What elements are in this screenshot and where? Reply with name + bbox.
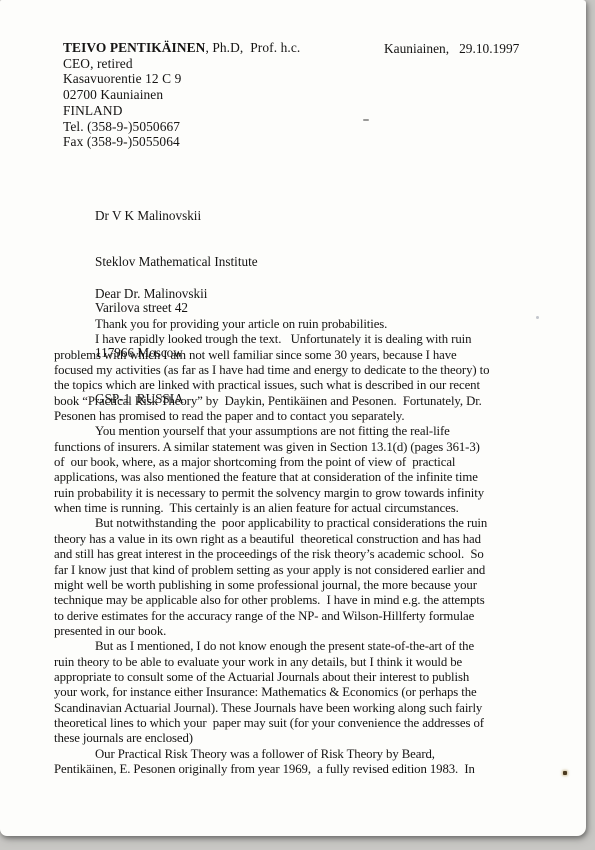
letter-body: Thank you for providing your article on … — [54, 317, 578, 777]
paragraph-thanks: Thank you for providing your article on … — [54, 317, 578, 332]
paragraph-journals-advice: But as I mentioned, I do not know enough… — [54, 639, 578, 746]
sender-titles: , Ph.D, Prof. h.c. — [205, 40, 300, 55]
scan-artifact-dark-speck — [563, 771, 567, 775]
scan-artifact-dash — [363, 119, 369, 121]
paragraph-ruin-theory-value: But notwithstanding the poor applicabili… — [54, 516, 578, 639]
scan-artifact-faint-dot — [536, 316, 539, 319]
sender-country: FINLAND — [63, 103, 300, 119]
paragraph-book-history: Our Practical Risk Theory was a follower… — [54, 747, 578, 778]
salutation: Dear Dr. Malinovskii — [95, 286, 207, 302]
recipient-institute: Steklov Mathematical Institute — [95, 254, 258, 269]
sender-role: CEO, retired — [63, 56, 300, 72]
letter-page: TEIVO PENTIKÄINEN, Ph.D, Prof. h.c. CEO,… — [0, 0, 586, 836]
sender-city: 02700 Kauniainen — [63, 87, 300, 103]
sender-fax: Fax (358-9-)5055064 — [63, 134, 300, 150]
sender-name: TEIVO PENTIKÄINEN — [63, 40, 205, 55]
paragraph-first-impression: I have rapidly looked trough the text. U… — [54, 332, 578, 424]
sender-phone: Tel. (358-9-)5050667 — [63, 119, 300, 135]
scanned-letter-screenshot: { "colors": { "paper": "#fdfdfb", "surro… — [0, 0, 595, 850]
paragraph-assumptions: You mention yourself that your assumptio… — [54, 424, 578, 516]
sender-name-line: TEIVO PENTIKÄINEN, Ph.D, Prof. h.c. — [63, 40, 300, 56]
dateline: Kauniainen, 29.10.1997 — [384, 41, 519, 57]
sender-street: Kasavuorentie 12 C 9 — [63, 71, 300, 87]
recipient-name: Dr V K Malinovskii — [95, 208, 258, 223]
sender-block: TEIVO PENTIKÄINEN, Ph.D, Prof. h.c. CEO,… — [63, 40, 300, 150]
